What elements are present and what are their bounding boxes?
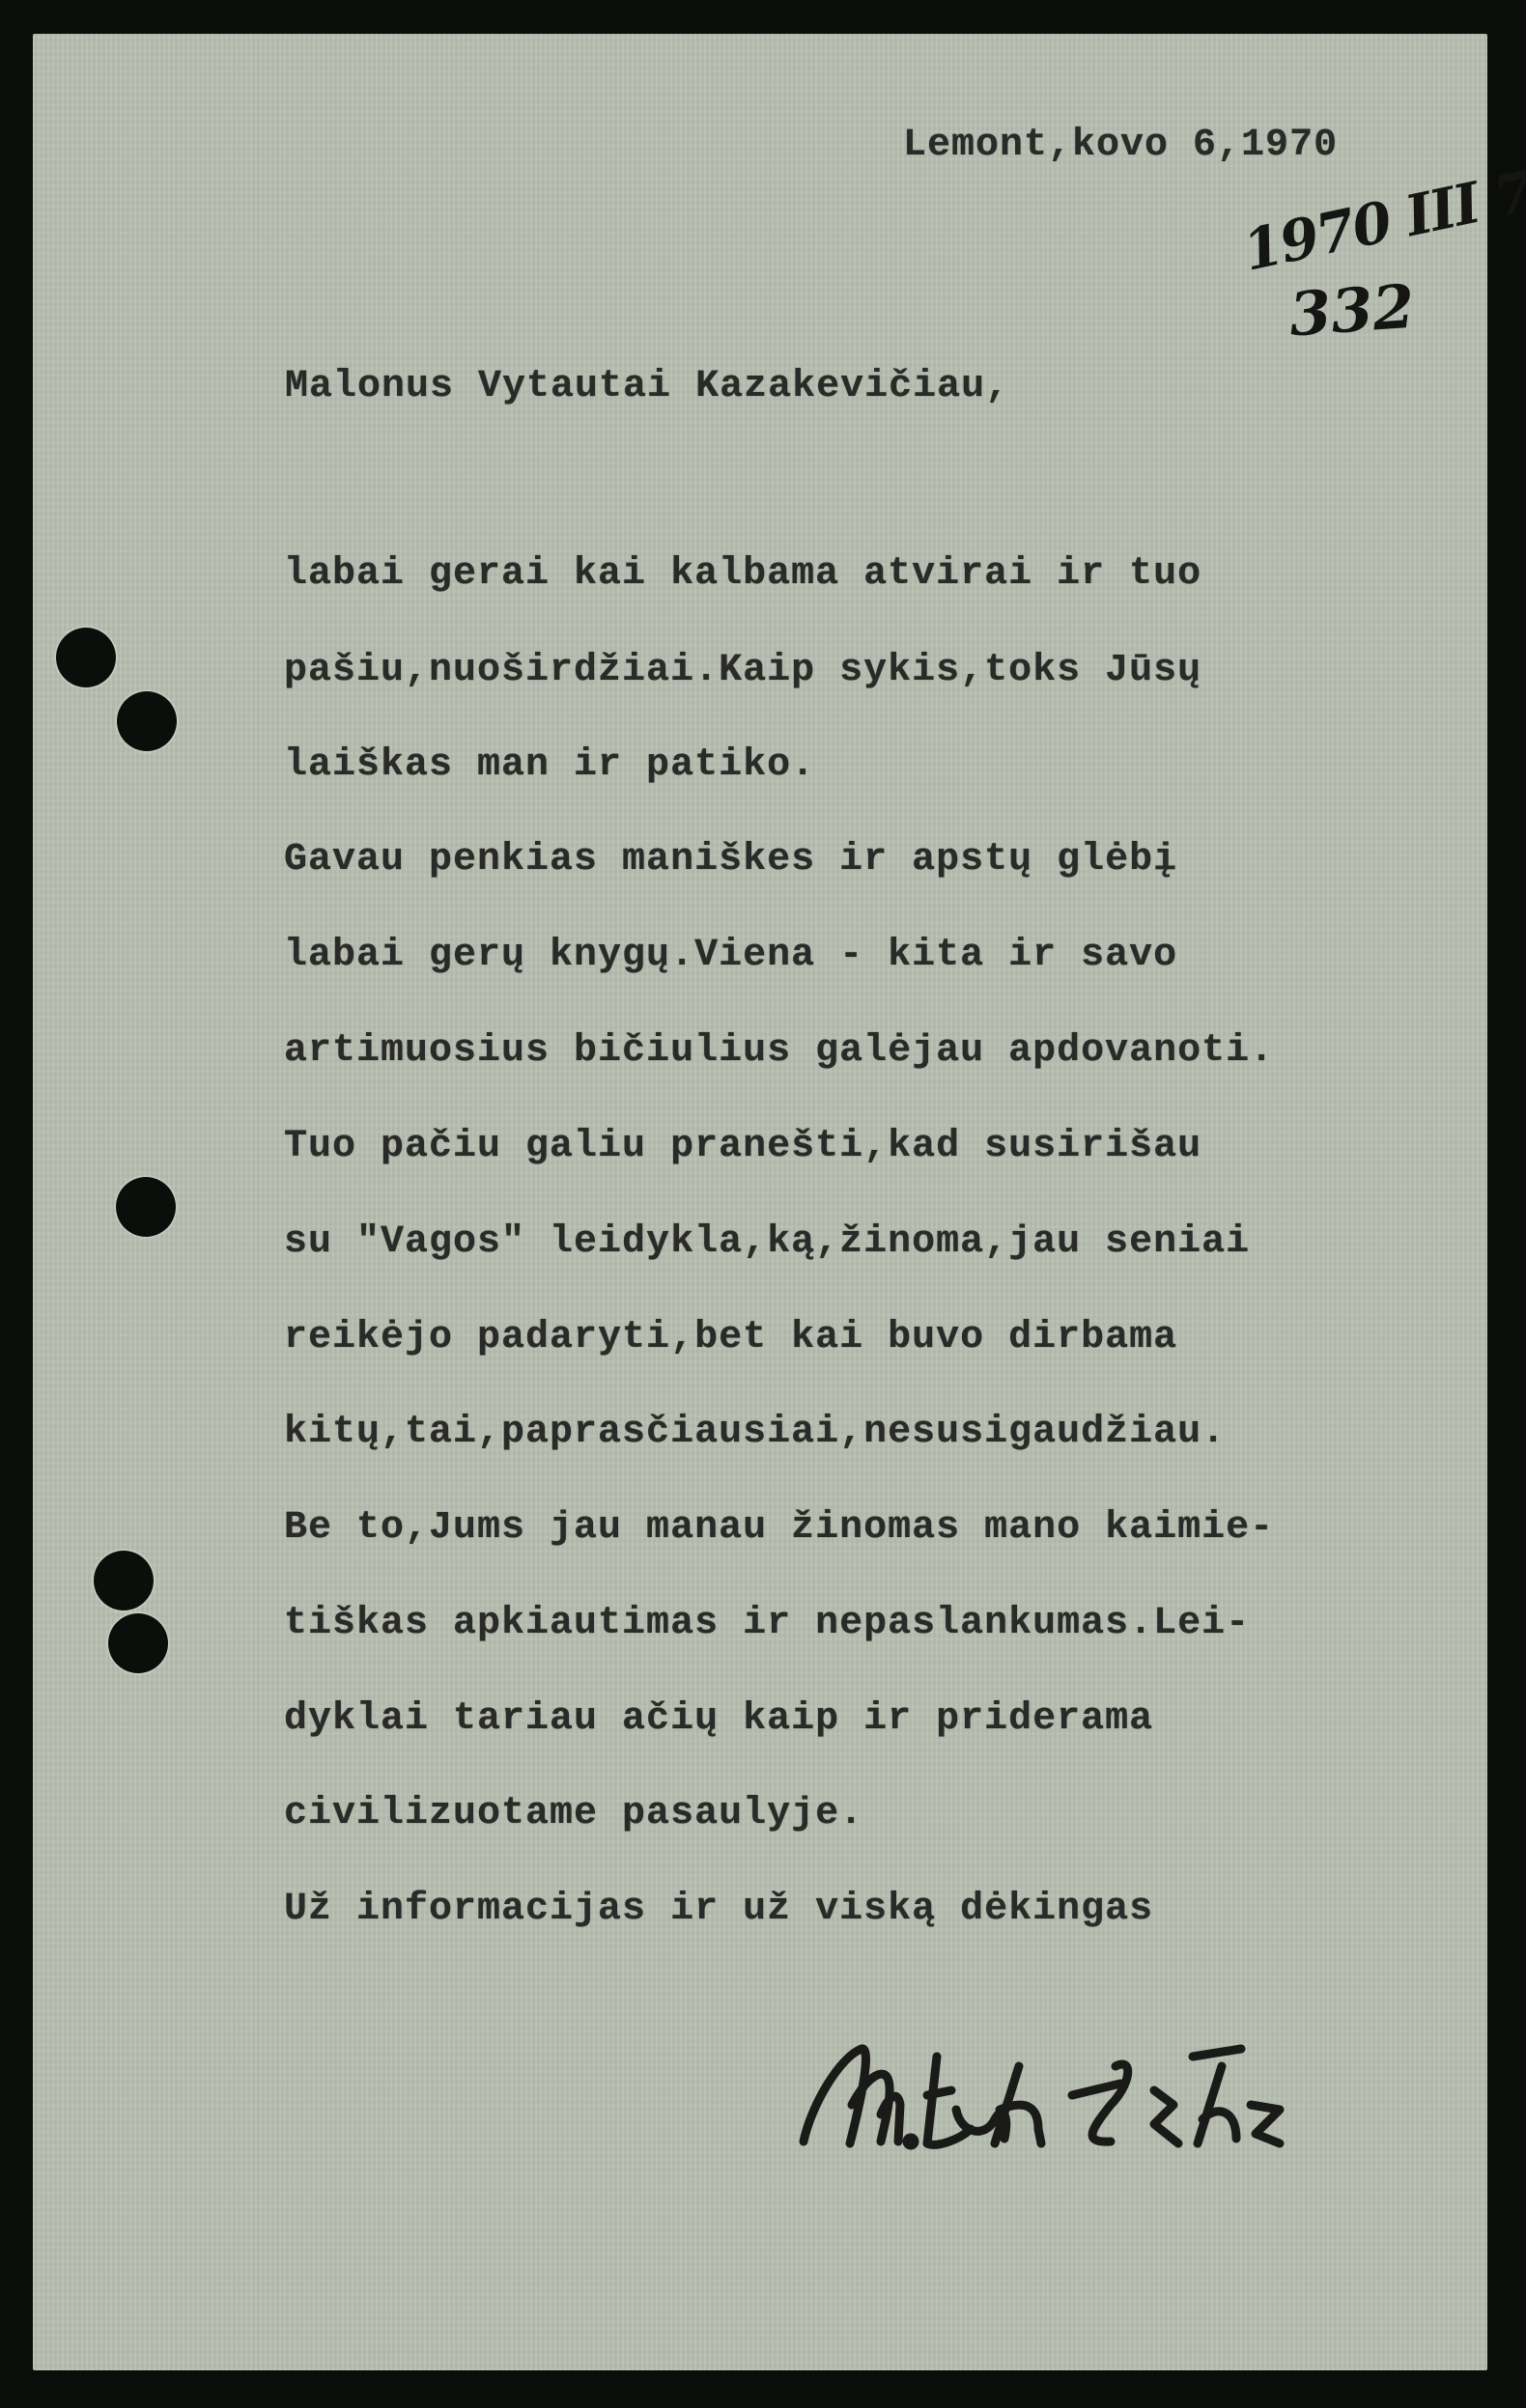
body-line: dyklai tariau ačių kaip ir priderama [284,1697,1153,1741]
punch-hole [116,1177,176,1237]
body-line: kitų,tai,paprasčiausiai,nesusigaudžiau. [284,1411,1226,1454]
body-line: Tuo pačiu galiu pranešti,kad susirišau [284,1125,1201,1168]
body-line: labai gerai kai kalbama atvirai ir tuo [284,552,1201,596]
punch-hole [94,1551,154,1610]
body-line: labai gerų knygų.Viena - kita ir savo [284,934,1177,977]
body-line: Už informacijas ir už viską dėkingas [284,1888,1153,1931]
body-line: reikėjo padaryti,bet kai buvo dirbama [284,1316,1177,1359]
signature-scribble-icon [792,2037,1391,2172]
punch-hole [108,1613,168,1673]
body-line: pašiu,nuoširdžiai.Kaip sykis,toks Jūsų [284,649,1201,692]
salutation: Malonus Vytautai Kazakevičiau, [285,365,1009,408]
punch-hole [56,628,116,687]
body-line: su "Vagos" leidykla,ką,žinoma,jau seniai [284,1220,1250,1264]
body-line: Be to,Jums jau manau žinomas mano kaimie… [284,1506,1274,1550]
body-line: tiškas apkiautimas ir nepaslankumas.Lei- [284,1602,1250,1645]
body-line: Gavau penkias maniškes ir apstų glėbį [284,838,1177,882]
body-line: artimuosius bičiulius galėjau apdovanoti… [284,1029,1274,1073]
signature [792,2037,1391,2172]
place-date: Lemont,kovo 6,1970 [903,124,1338,167]
body-line: laiškas man ir patiko. [284,743,815,787]
punch-hole [117,691,177,751]
body-line: civilizuotame pasaulyje. [284,1792,863,1835]
archive-stamp-number: 332 [1287,271,1417,350]
